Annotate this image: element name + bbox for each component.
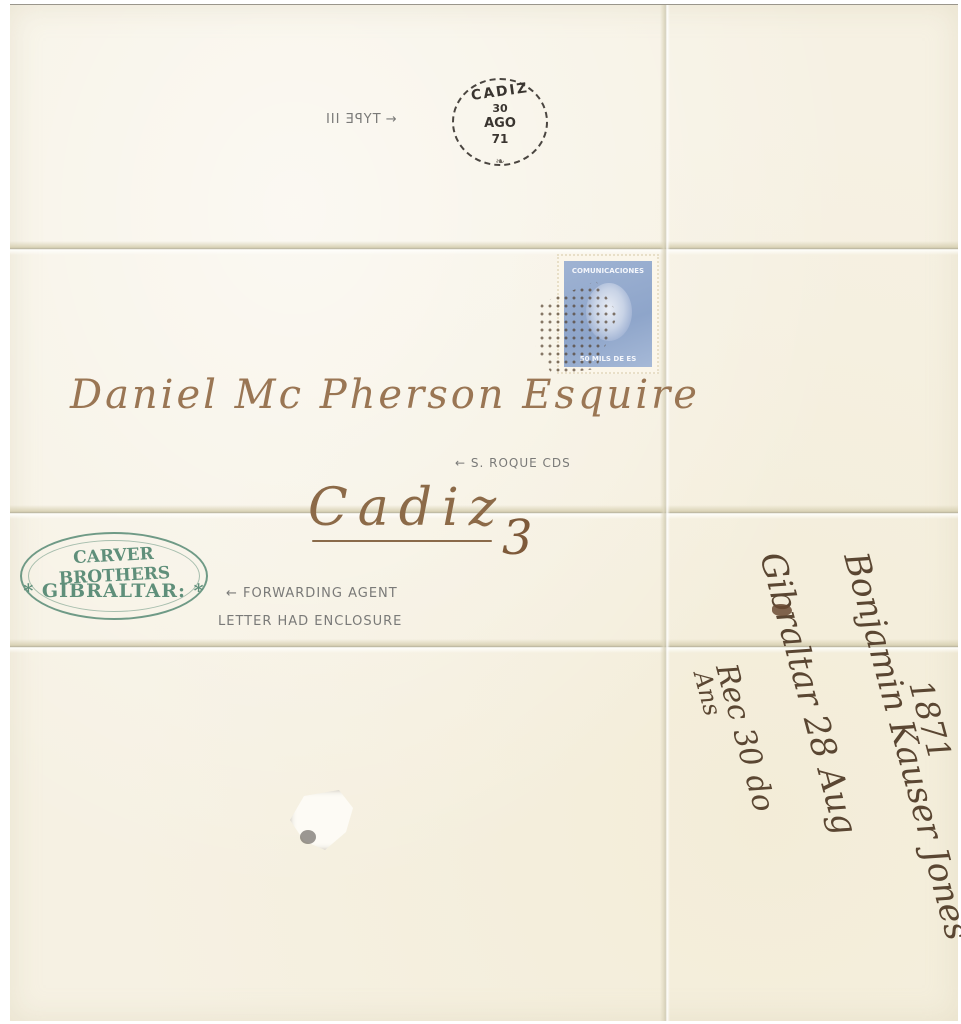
city-underline (312, 540, 492, 542)
forwarding-agent-note: ← FORWARDING AGENT (226, 586, 398, 601)
arrow-right-icon: → (386, 112, 398, 127)
horizontal-fold-line (10, 241, 958, 255)
vertical-fold-line (660, 5, 670, 1021)
enclosure-note: LETTER HAD ENCLOSURE (218, 614, 402, 629)
postmark-day: 30 (454, 102, 546, 115)
ink-blot (772, 604, 792, 616)
stamp-top-inscription: COMUNICACIONES (564, 267, 652, 275)
type-note-text: TYPE III (325, 112, 381, 127)
seal-remnant (300, 830, 316, 844)
rate-numeral: 3 (502, 510, 533, 566)
destination-city: Cadiz (308, 478, 506, 538)
sroque-note: ← S. ROQUE CDS (455, 456, 571, 470)
postmark-year: 71 (454, 132, 546, 146)
type-note: TYPE III → (325, 112, 398, 127)
forwarding-agent-handstamp: CARVER BROTHERS * GIBRALTAR: * (20, 532, 208, 620)
postmark-ornament-icon: ❧ (454, 155, 546, 168)
addressee-name: Daniel Mc Pherson Esquire (70, 372, 700, 418)
postmark-month: AGO (454, 116, 546, 131)
cadiz-postmark: CADIZ 30 AGO 71 ❧ (452, 78, 548, 166)
handstamp-line2: * GIBRALTAR: * (22, 580, 206, 602)
